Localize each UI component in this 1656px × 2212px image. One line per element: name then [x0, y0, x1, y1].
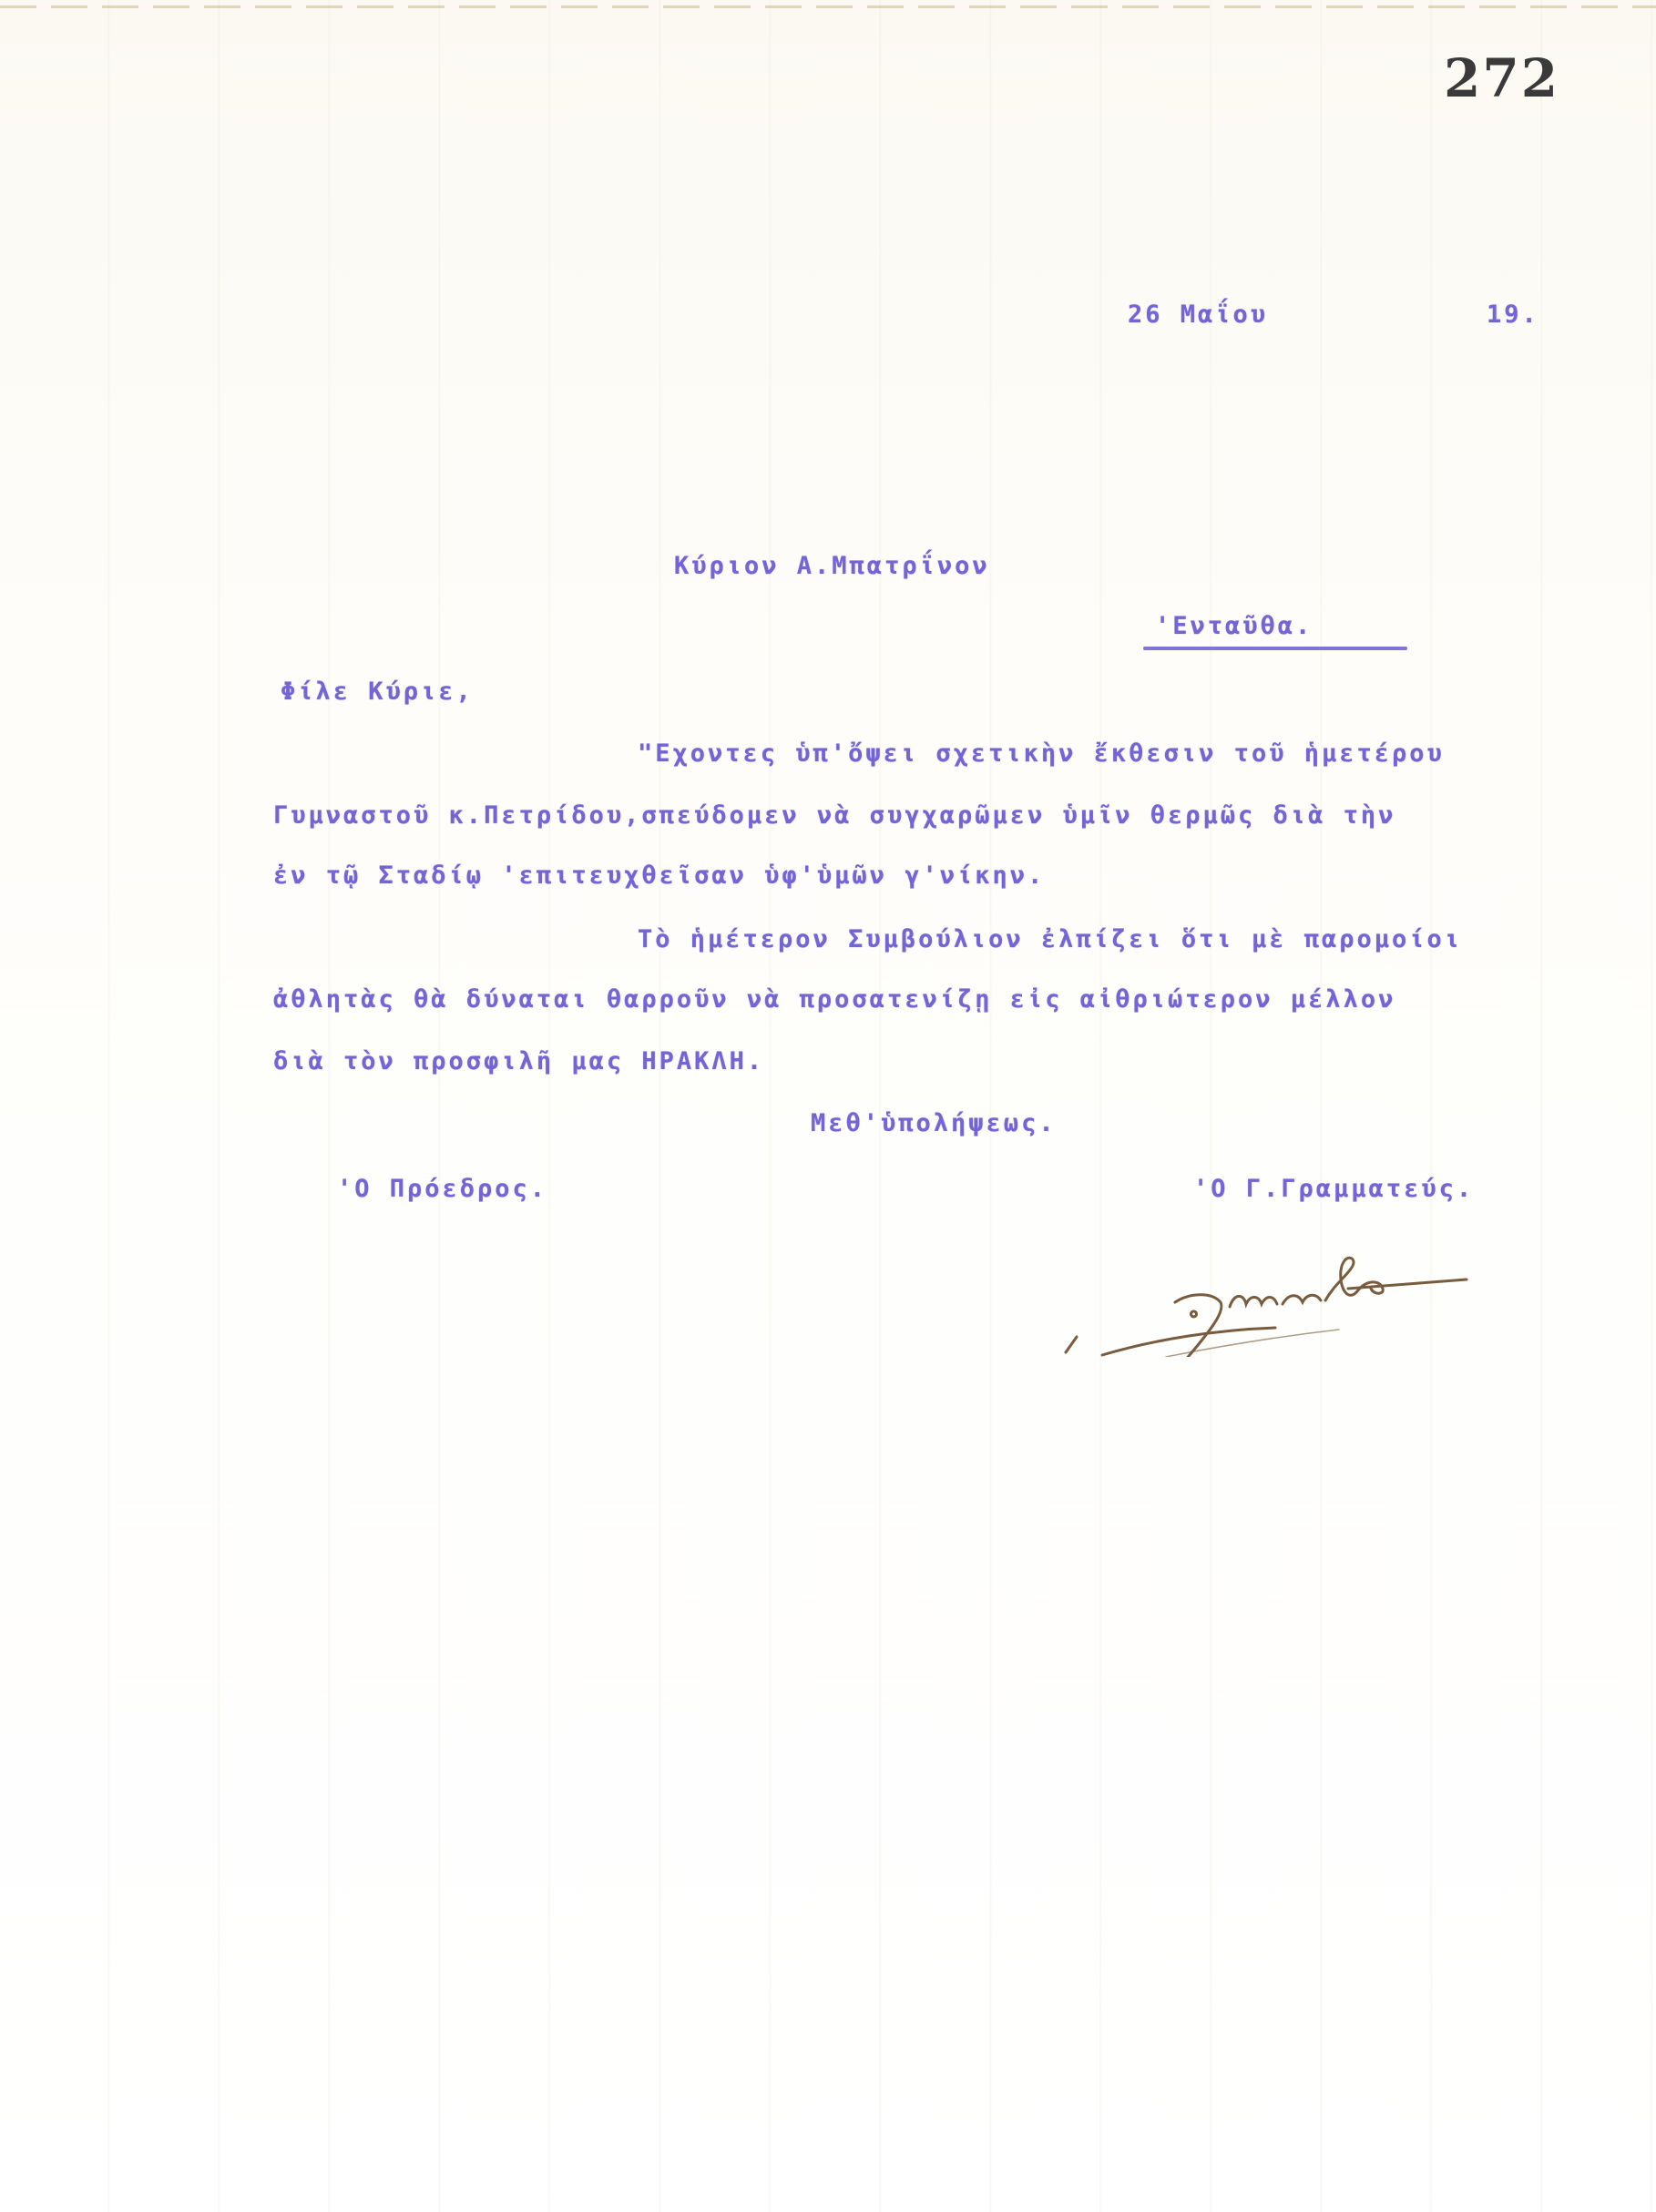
- body-p2-line3: διὰ τὸν προσφιλῆ μας ΗΡΑΚΛΗ.: [273, 1047, 764, 1075]
- body-p2-line1: Τὸ ἡμέτερον Συμβούλιον ἐλπίζει ὅτι μὲ πα…: [638, 925, 1462, 953]
- signatory-secretary: 'Ο Γ.Γραμματεύς.: [1193, 1175, 1474, 1203]
- date-day-month: 26 Μαΐου: [1128, 301, 1268, 329]
- body-p2-line2: ἀθλητὰς θὰ δύναται θαρροῦν νὰ προσατενίζ…: [273, 985, 1395, 1014]
- handwritten-signature-icon: [1038, 1239, 1476, 1357]
- body-p1-line1: "Εχοντες ὑπ'ὄψει σχετικὴν ἔκθεσιν τοῦ ἡμ…: [638, 739, 1445, 768]
- recipient-name: Κύριον Α.Μπατρΐνον: [674, 552, 990, 580]
- date-year: 19.: [1487, 301, 1539, 329]
- body-p1-line2: Γυμναστοῦ κ.Πετρίδου,σπεύδομεν νὰ συγχαρ…: [273, 801, 1395, 830]
- recipient-location: 'Ενταῦθα.: [1155, 612, 1313, 640]
- location-underline: [1143, 647, 1407, 650]
- salutation: Φίλε Κύριε,: [281, 678, 474, 706]
- signatory-president: 'Ο Πρόεδρος.: [337, 1175, 547, 1203]
- paper-background: [0, 0, 1656, 2212]
- closing: Μεθ'ὑπολήψεως.: [811, 1109, 1057, 1137]
- scan-top-edge: [0, 5, 1656, 8]
- folio-number: 272: [1444, 47, 1559, 109]
- body-p1-line3: ἐν τῷ Σταδίῳ 'επιτευχθεῖσαν ὑφ'ὑμῶν γ'νί…: [273, 861, 1045, 890]
